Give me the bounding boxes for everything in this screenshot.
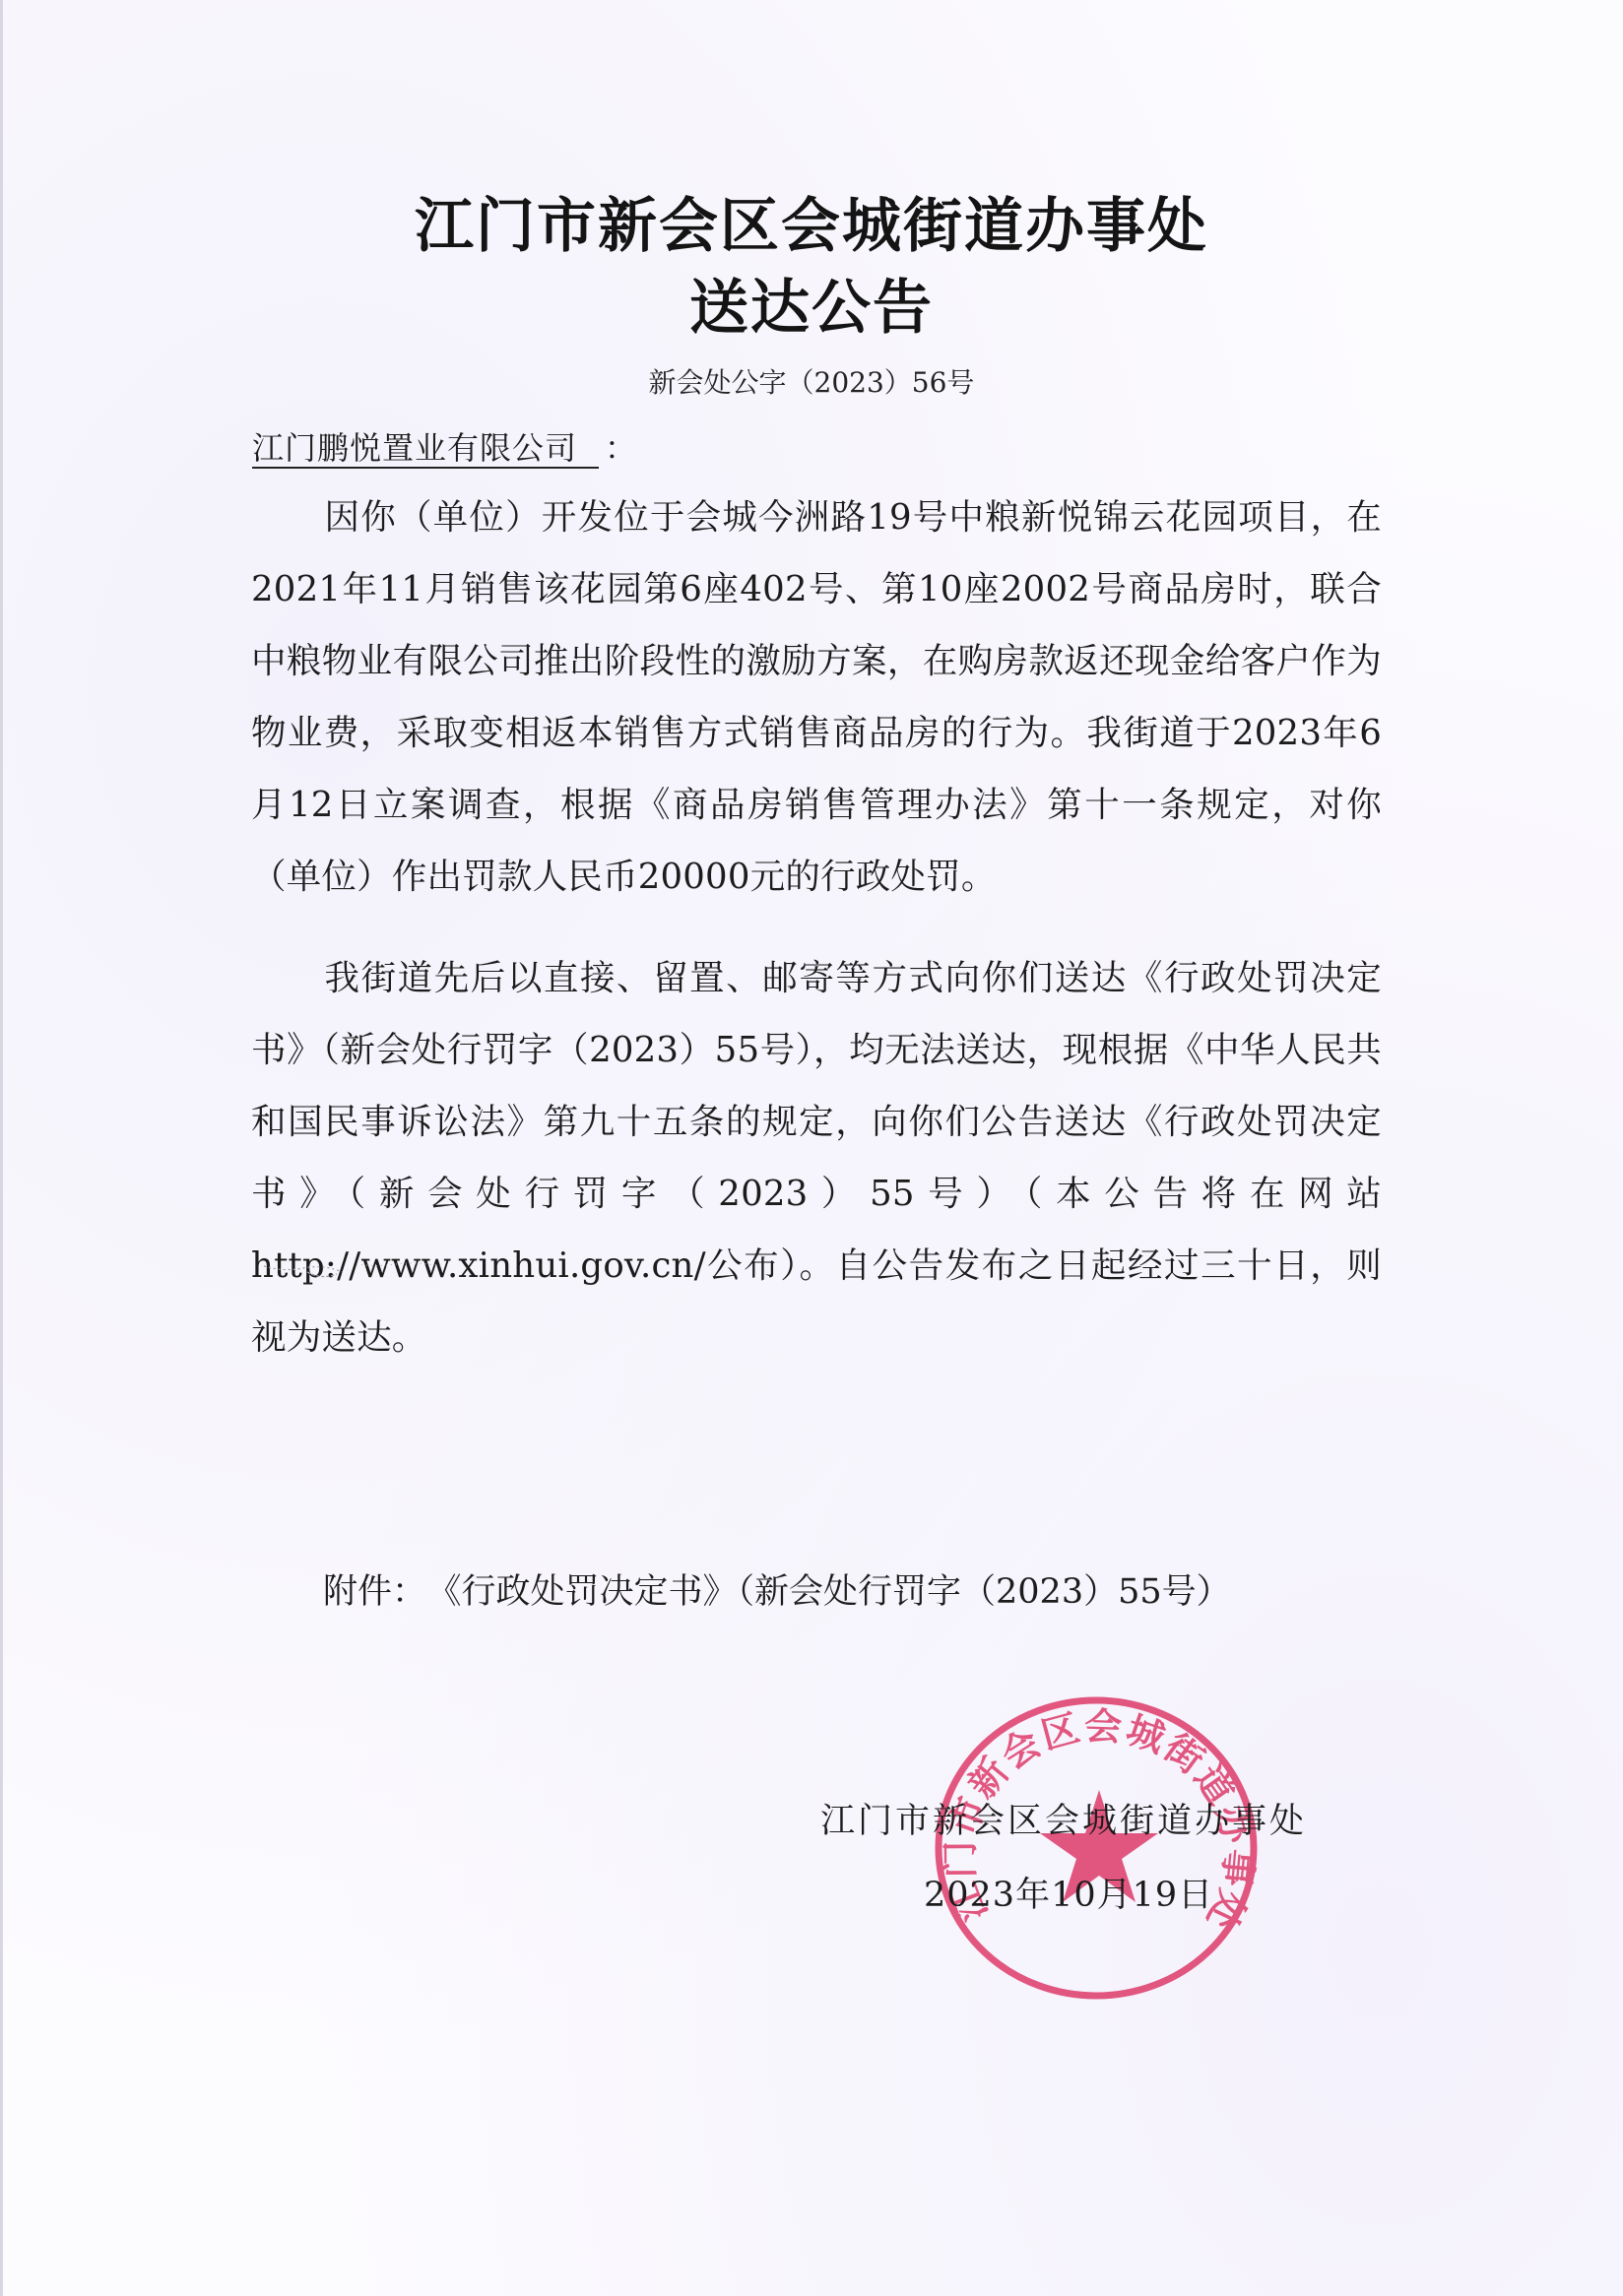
- paragraph-text: 因你（单位）开发位于会城今洲路19号中粮新悦锦云花园项目，在2021年11月销售…: [251, 481, 1382, 913]
- body-paragraph-1: 因你（单位）开发位于会城今洲路19号中粮新悦锦云花园项目，在2021年11月销售…: [251, 481, 1382, 913]
- paragraph-text: 我街道先后以直接、留置、邮寄等方式向你们送达《行政处罚决定书》（新会处行罚字（2…: [251, 942, 1382, 1373]
- document-number: 新会处公字（2023）56号: [0, 366, 1623, 400]
- issue-date: 2023年10月19日: [924, 1876, 1213, 1915]
- attachment-label: 附件：: [323, 1572, 426, 1612]
- issuer-signature: 江门市新会区会城街道办事处: [820, 1802, 1307, 1841]
- attachment-line: 附件：《行政处罚决定书》（新会处行罚字（2023）55号）: [323, 1572, 1231, 1612]
- addressee: 江门鹏悦置业有限公司：: [252, 429, 636, 469]
- document-page: 江门市新会区会城街道办事处 送达公告 新会处公字（2023）56号 江门鹏悦置业…: [0, 0, 1623, 2296]
- document-subtitle: 送达公告: [0, 279, 1623, 338]
- official-seal-stamp: 江门市新会区会城街道办事处: [934, 1695, 1259, 2001]
- attachment-value: 《行政处罚决定书》（新会处行罚字（2023）55号）: [444, 1572, 1231, 1612]
- ink-smudge: [258, 1258, 445, 1288]
- body-paragraph-2: 我街道先后以直接、留置、邮寄等方式向你们送达《行政处罚决定书》（新会处行罚字（2…: [251, 942, 1382, 1373]
- scan-edge: [0, 0, 3, 2296]
- addressee-colon: ：: [605, 429, 636, 467]
- addressee-name: 江门鹏悦置业有限公司: [252, 429, 599, 469]
- document-title: 江门市新会区会城街道办事处: [0, 197, 1623, 256]
